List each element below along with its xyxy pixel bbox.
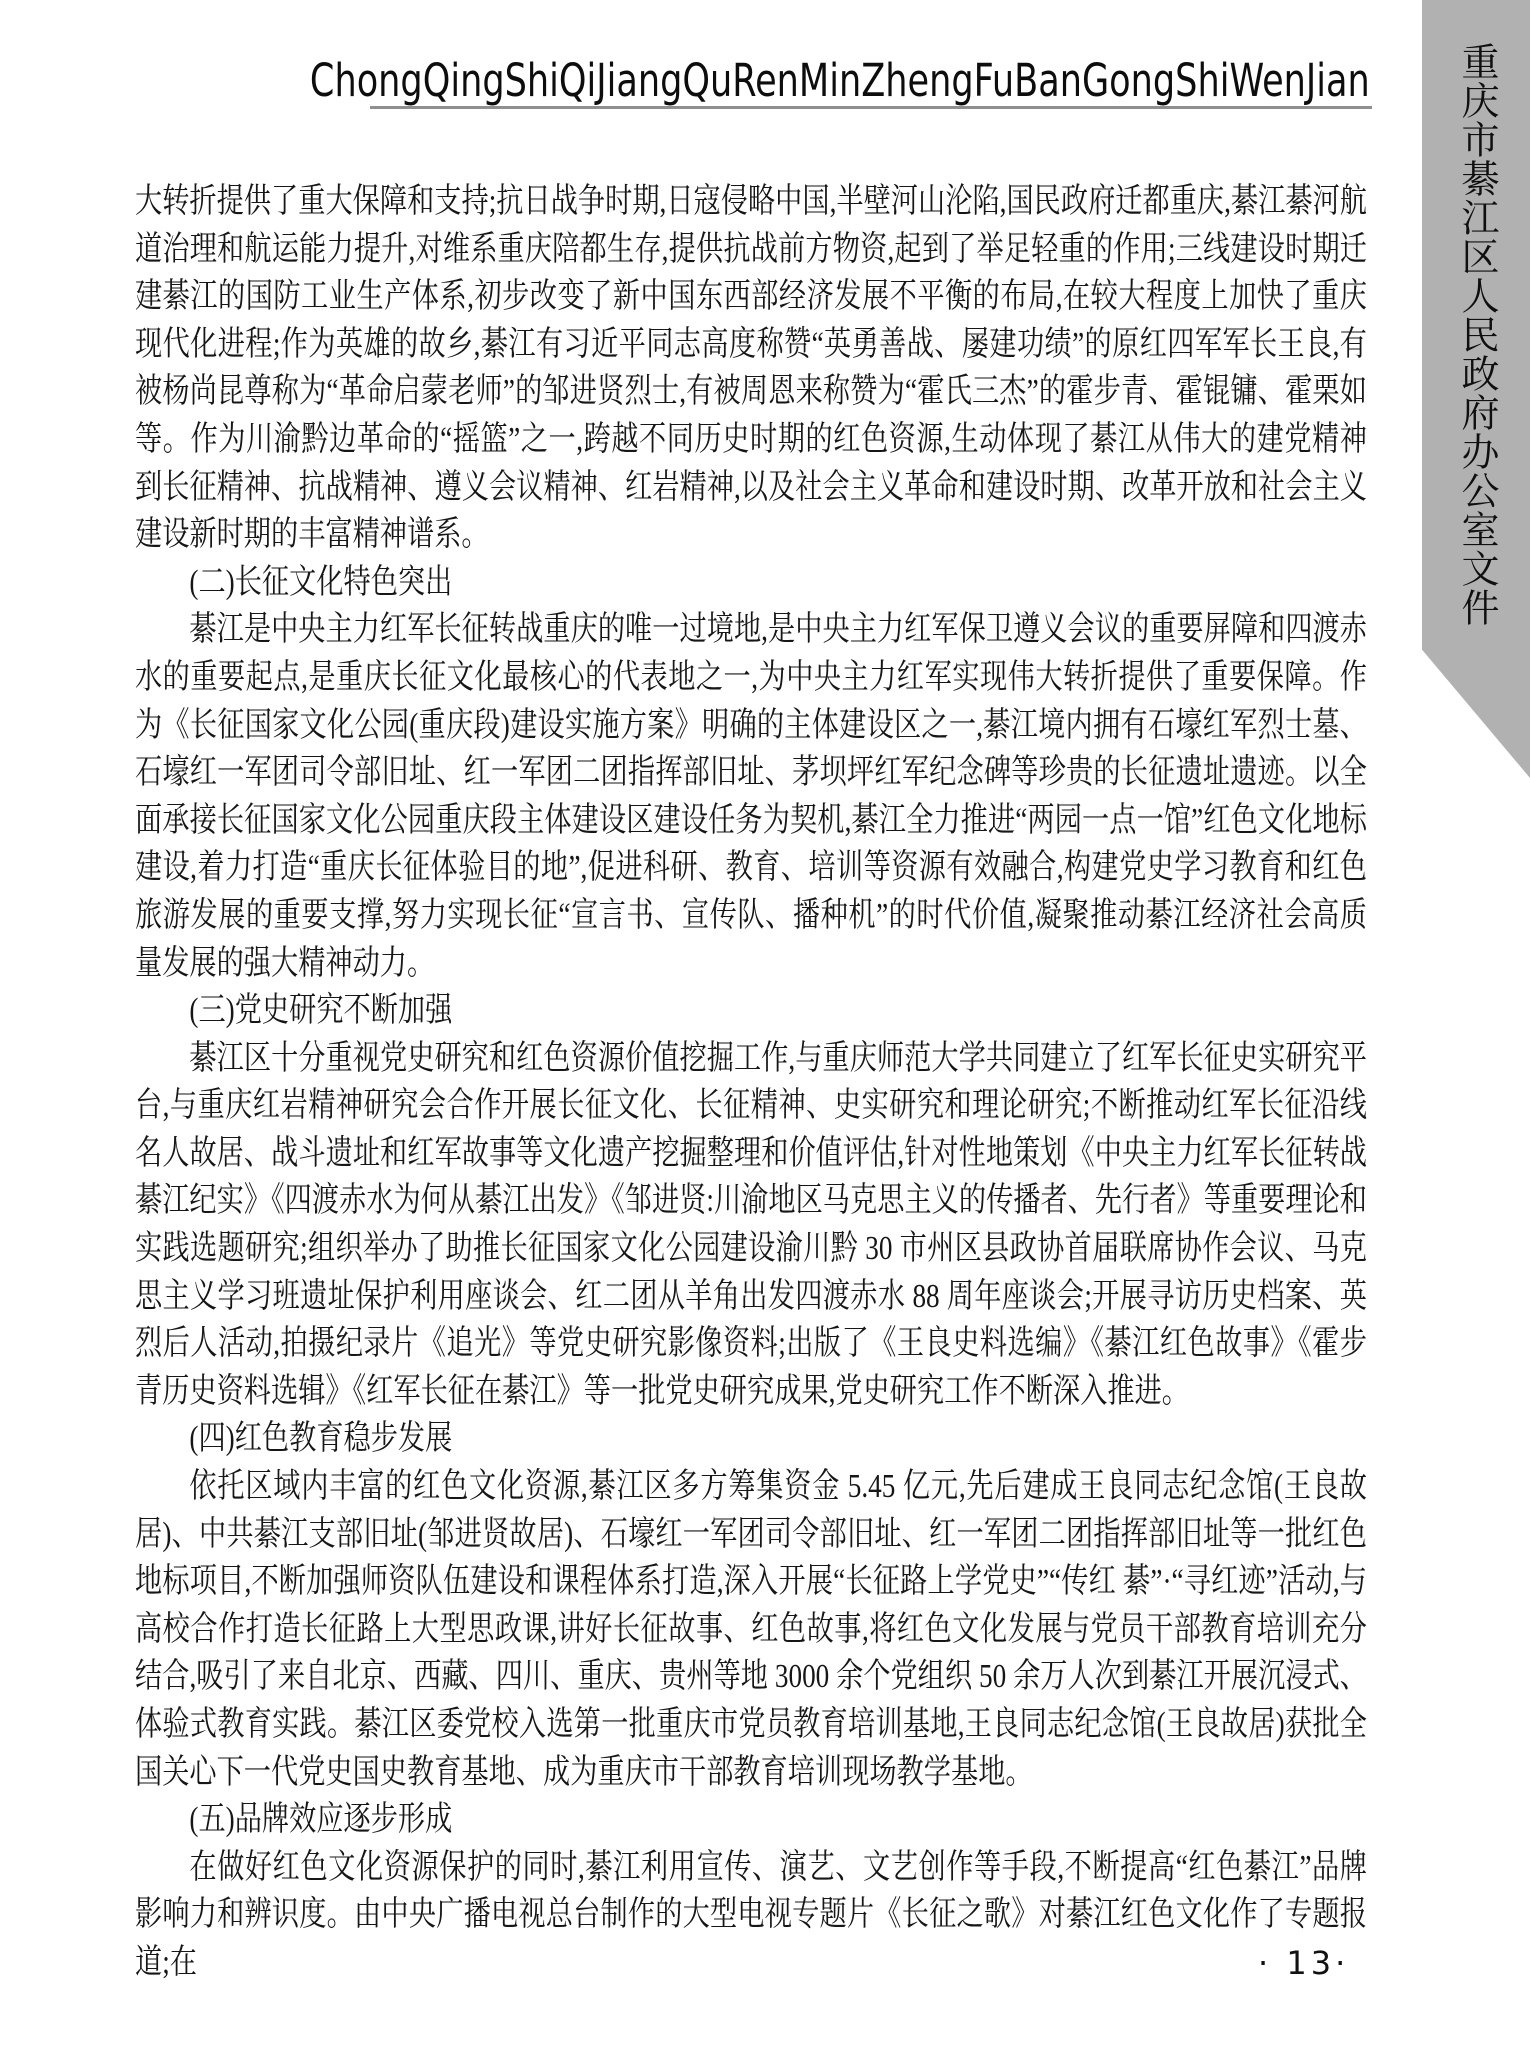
section-heading: (二)长征文化特色突出 [135,559,1367,607]
document-body: 大转折提供了重大保障和支持;抗日战争时期,日寇侵略中国,半壁河山沦陷,国民政府迁… [135,178,1367,1987]
section-heading: (五)品牌效应逐步形成 [135,1796,1367,1844]
sidebar-vertical-title: 重庆市綦江区人民政府办公室文件 [1457,42,1495,778]
paragraph: 大转折提供了重大保障和支持;抗日战争时期,日寇侵略中国,半壁河山沦陷,国民政府迁… [135,178,1367,559]
paragraph: 在做好红色文化资源保护的同时,綦江利用宣传、演艺、文艺创作等手段,不断提高“红色… [135,1844,1367,1987]
paragraph: 綦江区十分重视党史研究和红色资源价值挖掘工作,与重庆师范大学共同建立了红军长征史… [135,1035,1367,1416]
header-rule [370,106,1372,109]
paragraph: 依托区域内丰富的红色文化资源,綦江区多方筹集资金 5.45 亿元,先后建成王良同… [135,1463,1367,1796]
paragraph: 綦江是中央主力红军长征转战重庆的唯一过境地,是中央主力红军保卫遵义会议的重要屏障… [135,606,1367,987]
sidebar-ribbon: 重庆市綦江区人民政府办公室文件 [1422,0,1530,778]
document-page: ChongQingShiQiJiangQuRenMinZhengFuBanGon… [0,0,1530,2062]
section-heading: (四)红色教育稳步发展 [135,1415,1367,1463]
section-heading: (三)党史研究不断加强 [135,987,1367,1035]
page-number: · 13· [1258,1944,1349,1982]
header-pinyin-title: ChongQingShiQiJiangQuRenMinZhengFuBanGon… [310,54,1370,107]
